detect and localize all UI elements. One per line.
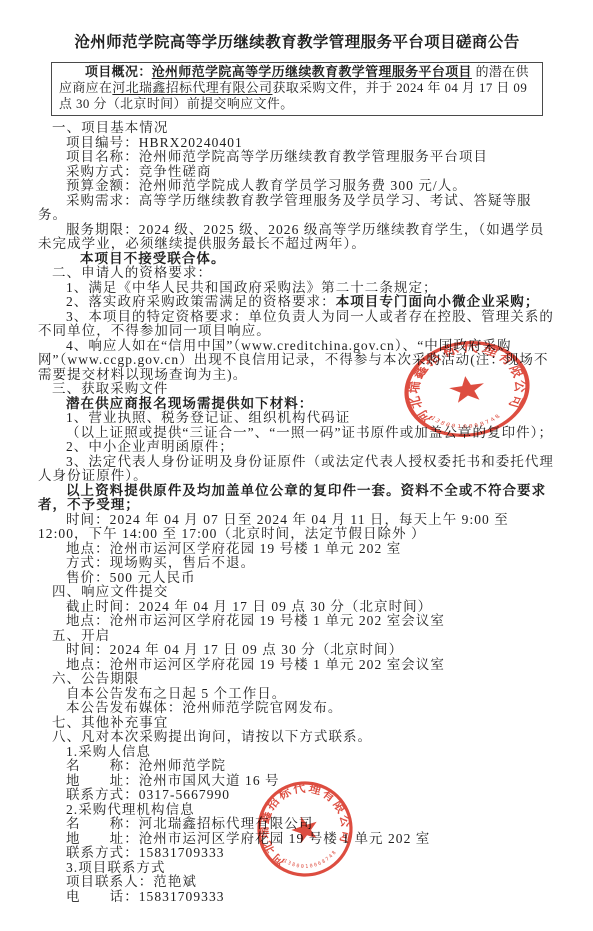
section-heading: 六、公告期限 <box>38 672 556 687</box>
doc-line: 2、落实政府采购政策需满足的资格要求：本项目专门面向小微企业采购； <box>38 295 556 310</box>
doc-line: 方式：现场购买，售后不退。 <box>38 556 556 571</box>
document-body: 一、项目基本情况项目编号：HBRX20240401项目名称：沧州师范学院高等学历… <box>38 121 556 904</box>
doc-line: 预算金额：沧州师范学院成人教育学员学习服务费 300 元/人。 <box>38 179 556 194</box>
section-heading: 二、申请人的资格要求： <box>38 266 556 281</box>
doc-line: 3、法定代表人身份证明及身份证原件（或法定代表人授权委托书和委托代理人身份证原件… <box>38 455 556 484</box>
doc-line: 采购需求：高等学历继续教育教学管理服务及学员学习、考试、答疑等服务。 <box>38 194 556 223</box>
doc-line: 时间：2024 年 04 月 17 日 09 点 30 分（北京时间） <box>38 643 556 658</box>
document-content: 沧州师范学院高等学历继续教育教学管理服务平台项目磋商公告 项目概况：沧州师范学院… <box>0 0 593 904</box>
doc-line: 项目联系人：范艳斌 <box>38 875 556 890</box>
doc-line: 2、中小企业声明函原件； <box>38 440 556 455</box>
doc-line: 4、响应人如在“信用中国”（www.creditchina.gov.cn）、“中… <box>38 339 556 383</box>
document-page: 沧州师范学院高等学历继续教育教学管理服务平台项目磋商公告 项目概况：沧州师范学院… <box>0 0 593 931</box>
doc-line: 时间：2024 年 04 月 07 日至 2024 年 04 月 11 日，每天… <box>38 513 556 542</box>
section-heading: 三、获取采购文件 <box>38 382 556 397</box>
section-heading: 一、项目基本情况 <box>38 121 556 136</box>
doc-line: 联系方式：0317-5667990 <box>38 788 556 803</box>
doc-line-segment: 2、落实政府采购政策需满足的资格要求： <box>66 294 336 309</box>
doc-line: 地点：沧州市运河区学府花园 19 号楼 1 单元 202 室会议室 <box>38 614 556 629</box>
doc-line: 地 址：沧州市运河区学府花园 19 号楼 1 单元 202 室 <box>38 832 556 847</box>
project-overview-box: 项目概况：沧州师范学院高等学历继续教育教学管理服务平台项目 的潜在供应商应在河北… <box>51 62 543 116</box>
overview-agency-name: 河北瑞鑫招标代理有限公司 <box>112 81 272 95</box>
doc-line: 联系方式：15831709333 <box>38 846 556 861</box>
doc-line: 以上资料提供原件及均加盖单位公章的复印件一套。资料不全或不符合要求者，不予受理； <box>38 484 556 513</box>
doc-line: 本公告发布媒体：沧州师范学院官网发布。 <box>38 701 556 716</box>
overview-project-name: 沧州师范学院高等学历继续教育教学管理服务平台项目 <box>152 65 472 79</box>
doc-line: 名 称：沧州师范学院 <box>38 759 556 774</box>
doc-line: 电 话：15831709333 <box>38 890 556 905</box>
section-heading: 四、响应文件提交 <box>38 585 556 600</box>
doc-line: 服务期限：2024 级、2025 级、2026 级高等学历继续教育学生，（如遇学… <box>38 223 556 252</box>
project-overview-text: 项目概况：沧州师范学院高等学历继续教育教学管理服务平台项目 的潜在供应商应在河北… <box>59 65 535 112</box>
page-title: 沧州师范学院高等学历继续教育教学管理服务平台项目磋商公告 <box>38 33 556 52</box>
doc-line-segment: 本项目专门面向小微企业采购； <box>336 294 540 309</box>
section-heading: 八、凡对本次采购提出询问，请按以下方式联系。 <box>38 730 556 745</box>
doc-line: 3、本项目的特定资格要求：单位负责人为同一人或者存在控股、管理关系的不同单位，不… <box>38 310 556 339</box>
doc-line: 地 址：沧州市国风大道 16 号 <box>38 774 556 789</box>
overview-label: 项目概况： <box>85 65 152 79</box>
doc-line: 名 称：河北瑞鑫招标代理有限公司 <box>38 817 556 832</box>
doc-line: 1、营业执照、税务登记证、组织机构代码证 <box>38 411 556 426</box>
doc-line: 项目名称：沧州师范学院高等学历继续教育教学管理服务平台项目 <box>38 150 556 165</box>
